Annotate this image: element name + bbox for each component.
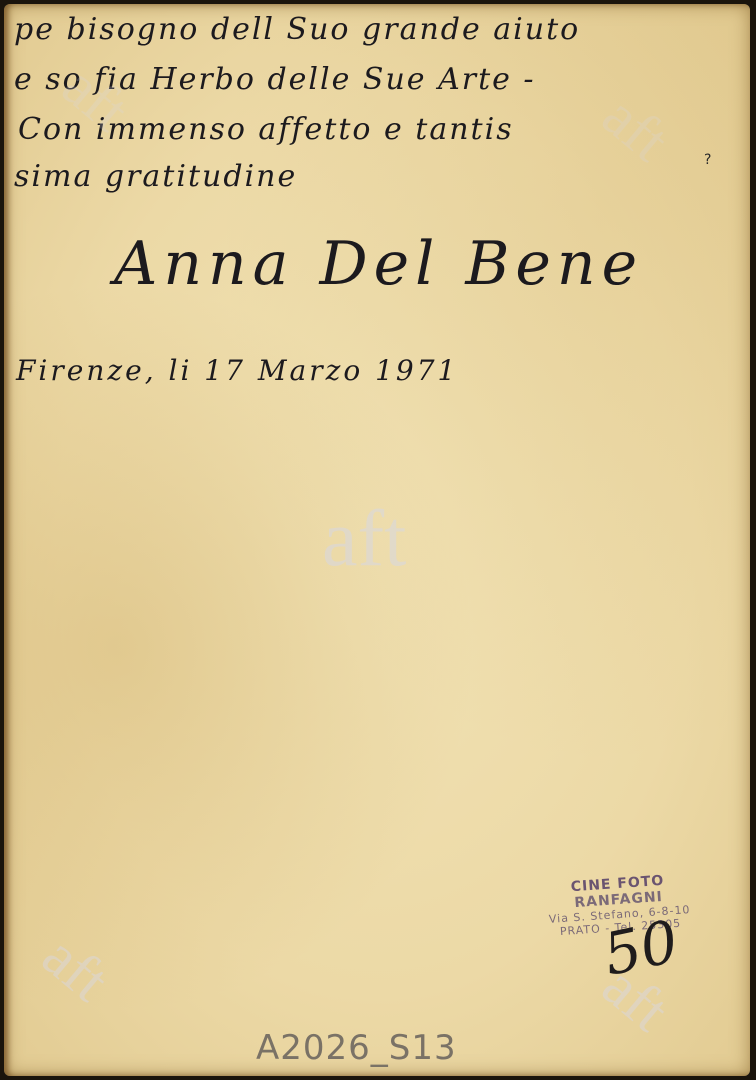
margin-mark: ?: [704, 152, 711, 168]
watermark-top-right: aft: [589, 82, 682, 176]
letter-line-1: pe bisogno dell Suo grande aiuto: [14, 12, 580, 47]
handwritten-number: 50: [598, 907, 684, 989]
photo-back-card: pe bisogno dell Suo grande aiuto e so fi…: [4, 4, 750, 1076]
place-date: Firenze, li 17 Marzo 1971: [16, 354, 458, 387]
signature: Anna Del Bene: [114, 229, 643, 299]
archive-code: A2026_S13: [256, 1028, 457, 1068]
watermark-center: aft: [322, 494, 406, 585]
letter-line-4: sima gratitudine: [14, 159, 297, 194]
watermark-bottom-left: aft: [29, 922, 122, 1016]
